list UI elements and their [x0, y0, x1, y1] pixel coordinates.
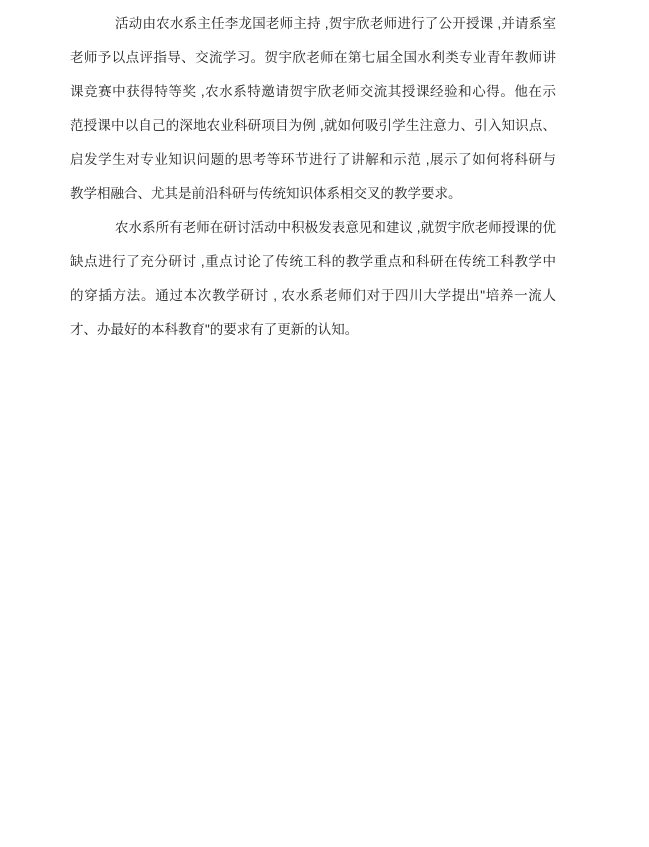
- paragraph-2: 农水系所有老师在研讨活动中积极发表意见和建议 ,就贺宇欣老师授课的优 缺点进行了…: [70, 211, 556, 347]
- document-page: 活动由农水系主任李龙国老师主持 ,贺宇欣老师进行了公开授课 ,并请系室 老师予以…: [0, 0, 649, 847]
- text-line: 启发学生对专业知识问题的思考等环节进行了讲解和示范 ,展示了如何将科研与: [70, 143, 556, 177]
- paragraph-1: 活动由农水系主任李龙国老师主持 ,贺宇欣老师进行了公开授课 ,并请系室 老师予以…: [70, 7, 556, 211]
- text-line: 老师予以点评指导、交流学习。贺宇欣老师在第七届全国水利类专业青年教师讲: [70, 41, 556, 75]
- text-line: 范授课中以自己的深地农业科研项目为例 ,就如何吸引学生注意力、引入知识点、: [70, 109, 556, 143]
- text-line: 缺点进行了充分研讨 ,重点讨论了传统工科的教学重点和科研在传统工科教学中: [70, 245, 556, 279]
- text-line: 的穿插方法。通过本次教学研讨 , 农水系老师们对于四川大学提出"培养一流人: [70, 279, 556, 313]
- text-line: 才、办最好的本科教育"的要求有了更新的认知。: [70, 313, 556, 347]
- text-line: 农水系所有老师在研讨活动中积极发表意见和建议 ,就贺宇欣老师授课的优: [70, 211, 556, 245]
- text-line: 课竞赛中获得特等奖 ,农水系特邀请贺宇欣老师交流其授课经验和心得。他在示: [70, 75, 556, 109]
- text-line: 活动由农水系主任李龙国老师主持 ,贺宇欣老师进行了公开授课 ,并请系室: [70, 7, 556, 41]
- text-line: 教学相融合、尤其是前沿科研与传统知识体系相交叉的教学要求。: [70, 177, 556, 211]
